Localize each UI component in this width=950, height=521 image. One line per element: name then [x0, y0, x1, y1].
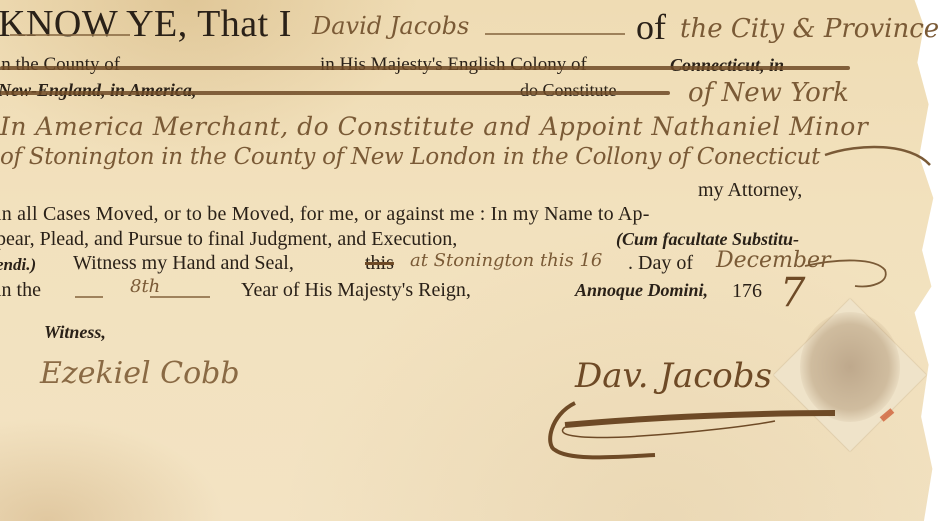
- blank-rule: [10, 34, 130, 36]
- print-cum-facultate: (Cum facultate Substitu-: [616, 229, 799, 250]
- print-this-struck: this: [365, 252, 394, 275]
- blank-rule: [485, 33, 625, 35]
- heading-know-ye: KNOW YE, That I: [0, 2, 292, 46]
- hand-at-stonington: at Stonington this 16: [410, 250, 602, 271]
- hand-merchant-appoint: In America Merchant, do Constitute and A…: [0, 112, 868, 141]
- hand-stonington: of Stonington in the County of New Londo…: [0, 144, 820, 170]
- witness-signature: Ezekiel Cobb: [40, 356, 240, 391]
- strike-line: [0, 66, 850, 70]
- grantor-residence: the City & Province: [680, 14, 939, 44]
- print-all-cases: in all Cases Moved, or to be Moved, for …: [0, 203, 650, 226]
- print-my-attorney: my Attorney,: [698, 179, 802, 202]
- print-endi: endi.): [0, 255, 36, 275]
- print-day-of: . Day of: [628, 252, 693, 275]
- print-annoque-domini: Annoque Domini,: [575, 280, 708, 301]
- print-of: of: [636, 6, 666, 48]
- blank-rule: [150, 296, 210, 298]
- hand-regnal-year: 8th: [130, 276, 160, 297]
- print-year-reign: Year of His Majesty's Reign,: [241, 279, 471, 302]
- hand-of-new-york: of New York: [688, 78, 849, 108]
- hand-year-digit: 7: [780, 270, 805, 316]
- print-pear-plead: pear, Plead, and Pursue to final Judgmen…: [0, 228, 457, 251]
- print-county-of: in the County of: [0, 54, 120, 76]
- hand-month: December: [716, 248, 830, 273]
- witness-label: Witness,: [44, 322, 106, 343]
- print-in-the: in the: [0, 279, 41, 302]
- grantor-name: David Jacobs: [312, 12, 469, 40]
- grantor-signature: Dav. Jacobs: [575, 356, 772, 396]
- strike-line: [0, 91, 670, 95]
- print-witness-hand-seal: Witness my Hand and Seal,: [73, 252, 294, 275]
- seal-wax-impression: [800, 312, 900, 422]
- print-colony-of: in His Majesty's English Colony of: [320, 54, 587, 76]
- print-year: 176: [732, 280, 762, 303]
- blank-rule: [75, 296, 103, 298]
